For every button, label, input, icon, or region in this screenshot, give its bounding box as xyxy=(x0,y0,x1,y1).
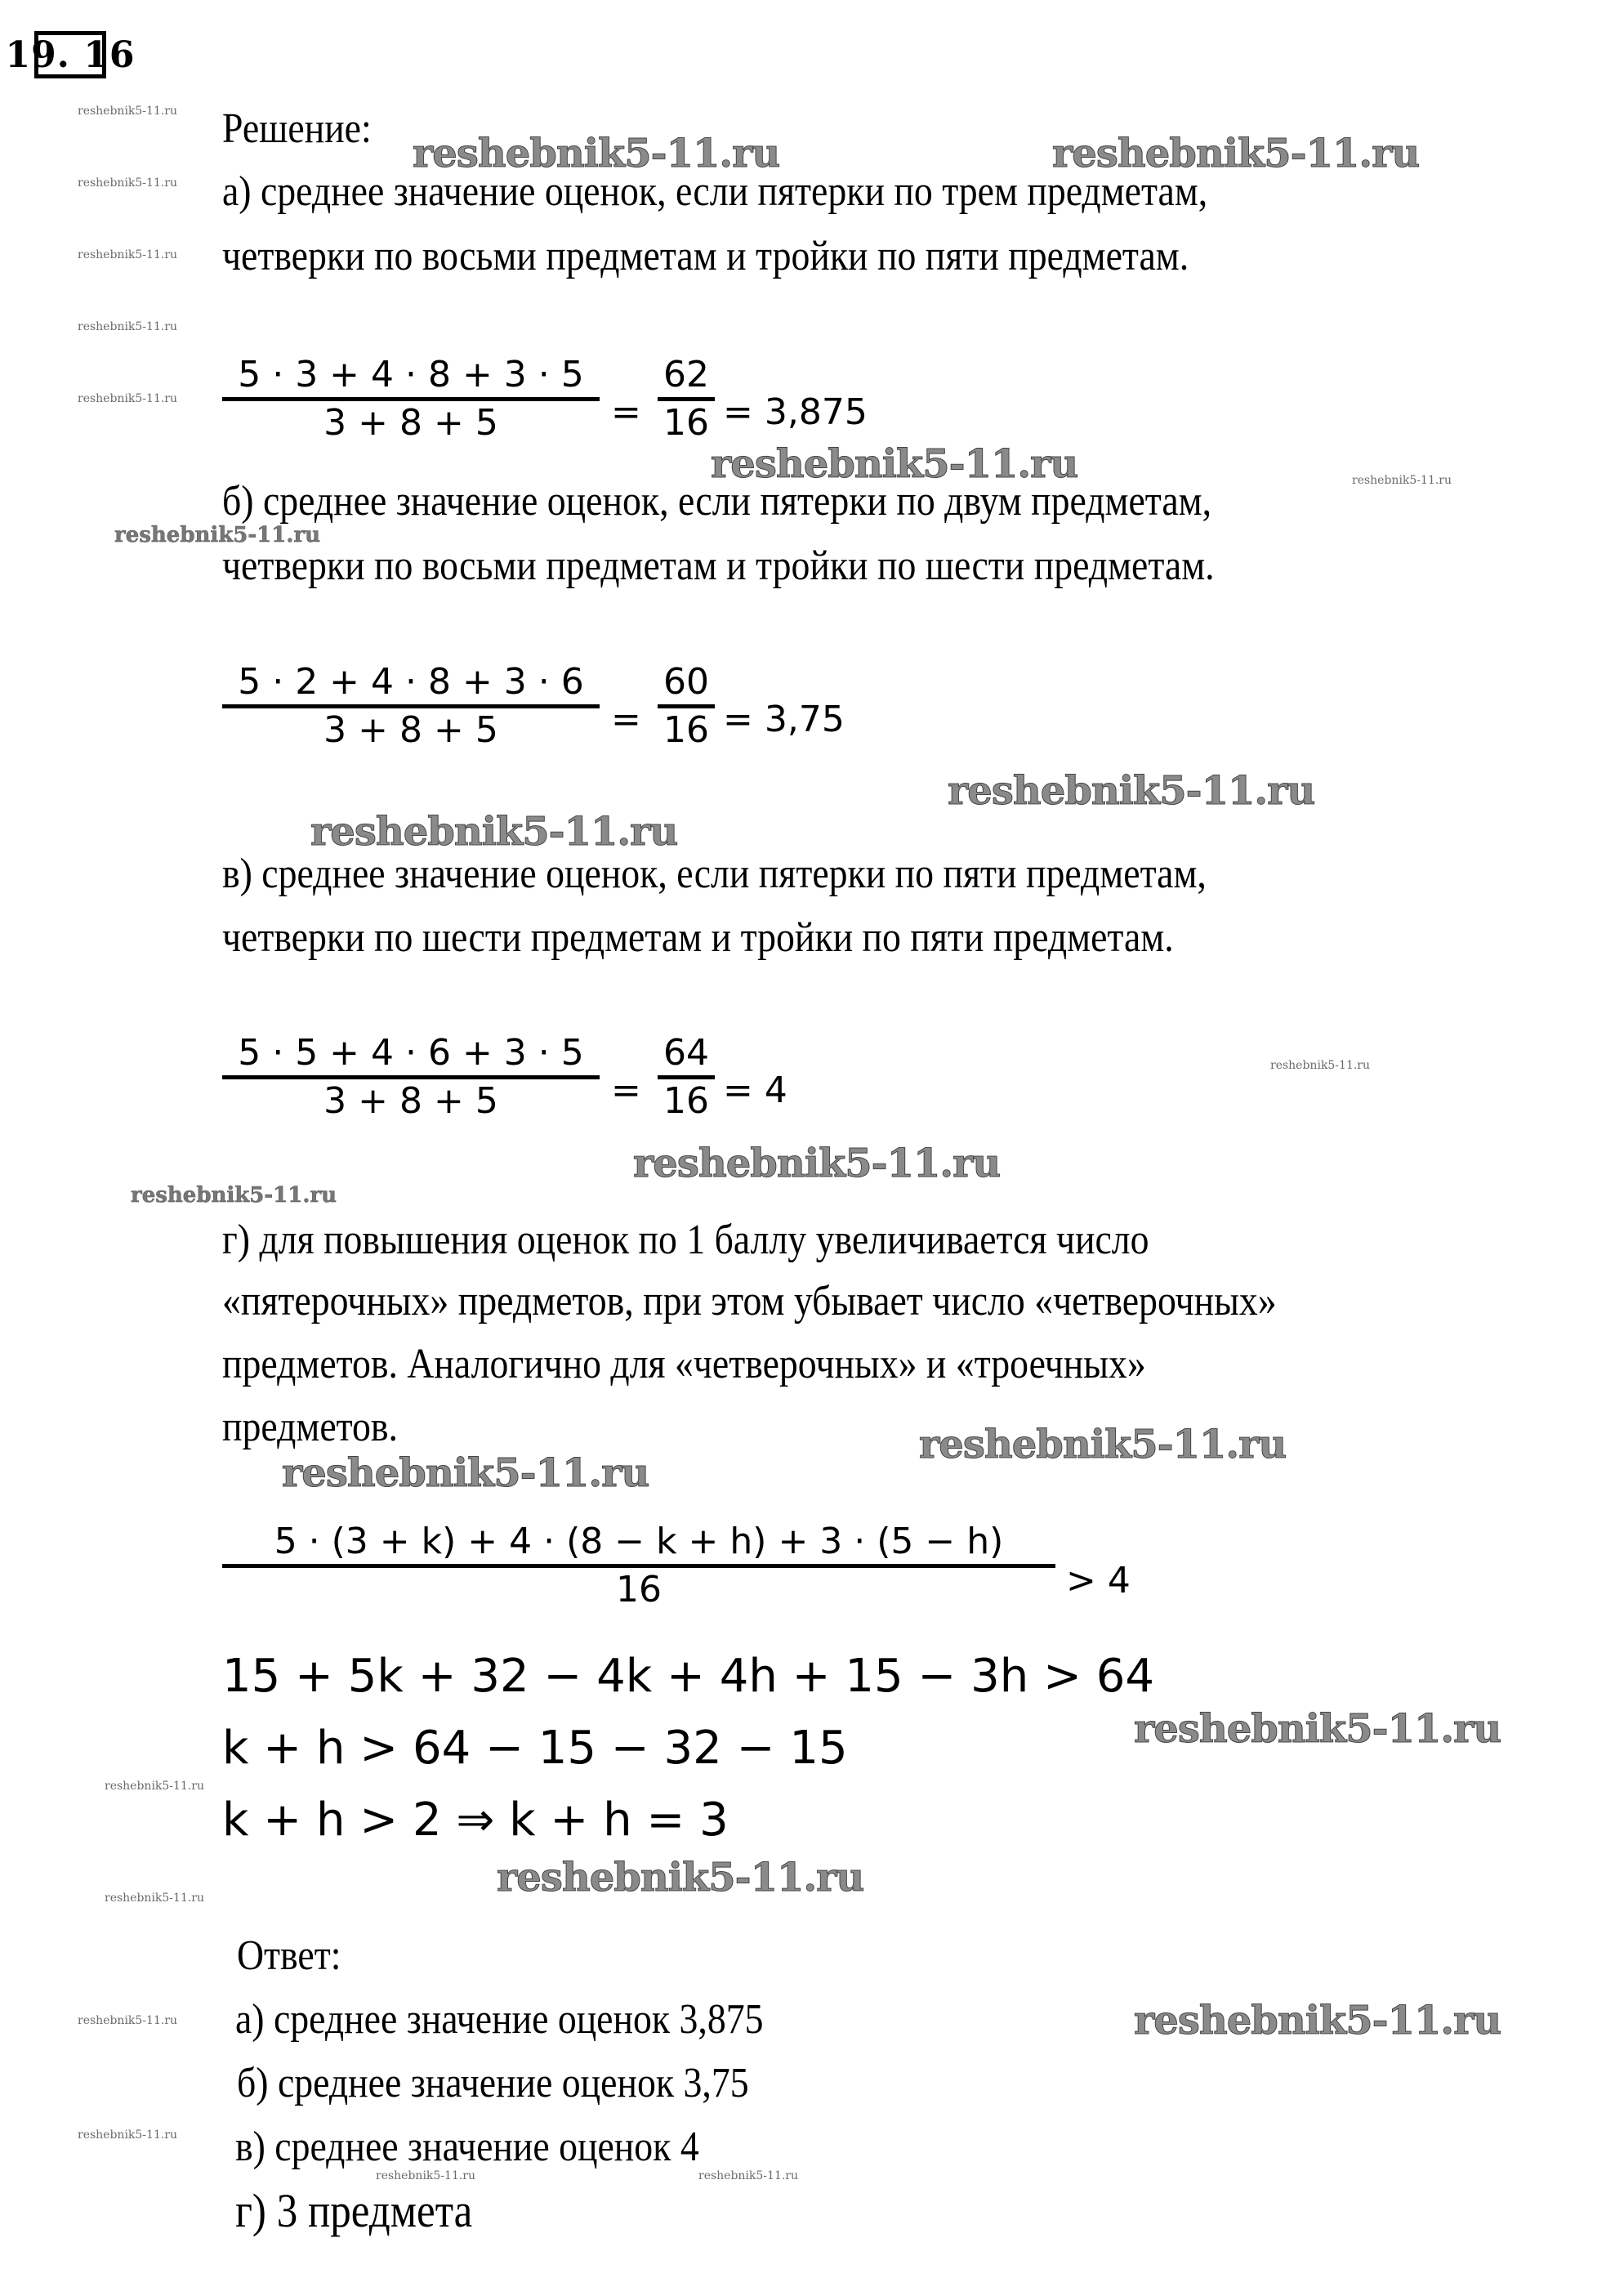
answer-item-v: в) среднее значение оценок 4 xyxy=(235,2123,699,2172)
part-v-frac-num: 64 xyxy=(663,1031,709,1075)
watermark-small: reshebnik5-11.ru xyxy=(105,1892,204,1905)
watermark-small: reshebnik5-11.ru xyxy=(78,392,177,405)
watermark-small: reshebnik5-11.ru xyxy=(1352,474,1452,487)
part-a-line1: а) среднее значение оценок, если пятерки… xyxy=(222,168,1207,217)
solution-label: Решение: xyxy=(222,105,372,154)
part-v-result: = 4 xyxy=(723,1070,787,1111)
part-v-line1: в) среднее значение оценок, если пятерки… xyxy=(222,850,1207,899)
part-g-fraction: 5 · (3 + k) + 4 · (8 − k + h) + 3 · (5 −… xyxy=(222,1520,1055,1612)
watermark-small: reshebnik5-11.ru xyxy=(78,2014,177,2027)
watermark-large: reshebnik5-11.ru xyxy=(948,768,1314,814)
part-b-frac-num: 60 xyxy=(663,660,709,704)
watermark-large: reshebnik5-11.ru xyxy=(282,1450,649,1496)
part-b-numerator: 5 · 2 + 4 · 8 + 3 · 6 xyxy=(238,660,584,704)
watermark-large: reshebnik5-11.ru xyxy=(1134,1706,1501,1752)
watermark-small: reshebnik5-11.ru xyxy=(1270,1059,1370,1072)
part-v-fraction: 5 · 5 + 4 · 6 + 3 · 5 3 + 8 + 5 xyxy=(222,1031,600,1123)
watermark-large: reshebnik5-11.ru xyxy=(1134,1998,1501,2044)
watermark-small: reshebnik5-11.ru xyxy=(78,248,177,261)
part-b-fraction: 5 · 2 + 4 · 8 + 3 · 6 3 + 8 + 5 xyxy=(222,660,600,753)
watermark-small: reshebnik5-11.ru xyxy=(376,2169,475,2182)
part-a-denominator: 3 + 8 + 5 xyxy=(323,401,498,445)
part-g-step3: k + h > 2 ⇒ k + h = 3 xyxy=(222,1794,729,1847)
part-g-numerator: 5 · (3 + k) + 4 · (8 − k + h) + 3 · (5 −… xyxy=(274,1520,1004,1564)
watermark-small: reshebnik5-11.ru xyxy=(105,1780,204,1793)
part-g-denominator: 16 xyxy=(616,1568,662,1612)
part-b-result: = 3,75 xyxy=(723,699,845,740)
part-a-numerator: 5 · 3 + 4 · 8 + 3 · 5 xyxy=(238,353,584,397)
task-number-badge: 19. 16 xyxy=(34,31,106,78)
part-g-line4: предметов. xyxy=(222,1403,398,1452)
part-g-step2: k + h > 64 − 15 − 32 − 15 xyxy=(222,1722,848,1775)
watermark-large: reshebnik5-11.ru xyxy=(919,1422,1286,1467)
part-g-line3: предметов. Аналогично для «четверочных» … xyxy=(222,1340,1146,1389)
watermark-small: reshebnik5-11.ru xyxy=(78,105,177,118)
watermark-small: reshebnik5-11.ru xyxy=(78,320,177,333)
equals-sign: = xyxy=(611,392,641,433)
answer-item-g: г) 3 предмета xyxy=(235,2187,472,2236)
watermark-large: reshebnik5-11.ru xyxy=(633,1141,1000,1186)
part-v-line2: четверки по шести предметам и тройки по … xyxy=(222,913,1174,963)
task-number: 19. 16 xyxy=(5,34,135,76)
part-g-inequality: > 4 xyxy=(1066,1561,1131,1601)
part-a-result: = 3,875 xyxy=(723,392,868,433)
answer-item-a: а) среднее значение оценок 3,875 xyxy=(235,1995,763,2044)
part-v-simplified: 64 16 xyxy=(658,1031,715,1123)
part-v-denominator: 3 + 8 + 5 xyxy=(323,1079,498,1123)
part-a-fraction: 5 · 3 + 4 · 8 + 3 · 5 3 + 8 + 5 xyxy=(222,353,600,445)
part-v-numerator: 5 · 5 + 4 · 6 + 3 · 5 xyxy=(238,1031,584,1075)
part-a-frac-num: 62 xyxy=(663,353,709,397)
equals-sign: = xyxy=(611,1070,641,1111)
answer-item-b: б) среднее значение оценок 3,75 xyxy=(237,2059,749,2108)
watermark-small: reshebnik5-11.ru xyxy=(78,176,177,190)
watermark-medium: reshebnik5-11.ru xyxy=(131,1183,337,1208)
watermark-small: reshebnik5-11.ru xyxy=(698,2169,798,2182)
part-g-line1: г) для повышения оценок по 1 баллу увели… xyxy=(222,1216,1149,1265)
part-b-line1: б) среднее значение оценок, если пятерки… xyxy=(222,477,1211,526)
part-b-simplified: 60 16 xyxy=(658,660,715,753)
watermark-large: reshebnik5-11.ru xyxy=(310,809,677,855)
part-b-frac-den: 16 xyxy=(663,708,709,753)
watermark-large: reshebnik5-11.ru xyxy=(497,1855,863,1901)
part-b-line2: четверки по восьми предметам и тройки по… xyxy=(222,542,1215,591)
equals-sign: = xyxy=(611,699,641,740)
part-g-step1: 15 + 5k + 32 − 4k + 4h + 15 − 3h > 64 xyxy=(222,1651,1154,1703)
part-g-line2: «пятерочных» предметов, при этом убывает… xyxy=(222,1277,1277,1326)
part-a-frac-den: 16 xyxy=(663,401,709,445)
part-v-frac-den: 16 xyxy=(663,1079,709,1123)
part-a-line2: четверки по восьми предметам и тройки по… xyxy=(222,232,1189,281)
answer-label: Ответ: xyxy=(237,1932,341,1981)
part-a-simplified: 62 16 xyxy=(658,353,715,445)
watermark-small: reshebnik5-11.ru xyxy=(78,2128,177,2142)
part-b-denominator: 3 + 8 + 5 xyxy=(323,708,498,753)
